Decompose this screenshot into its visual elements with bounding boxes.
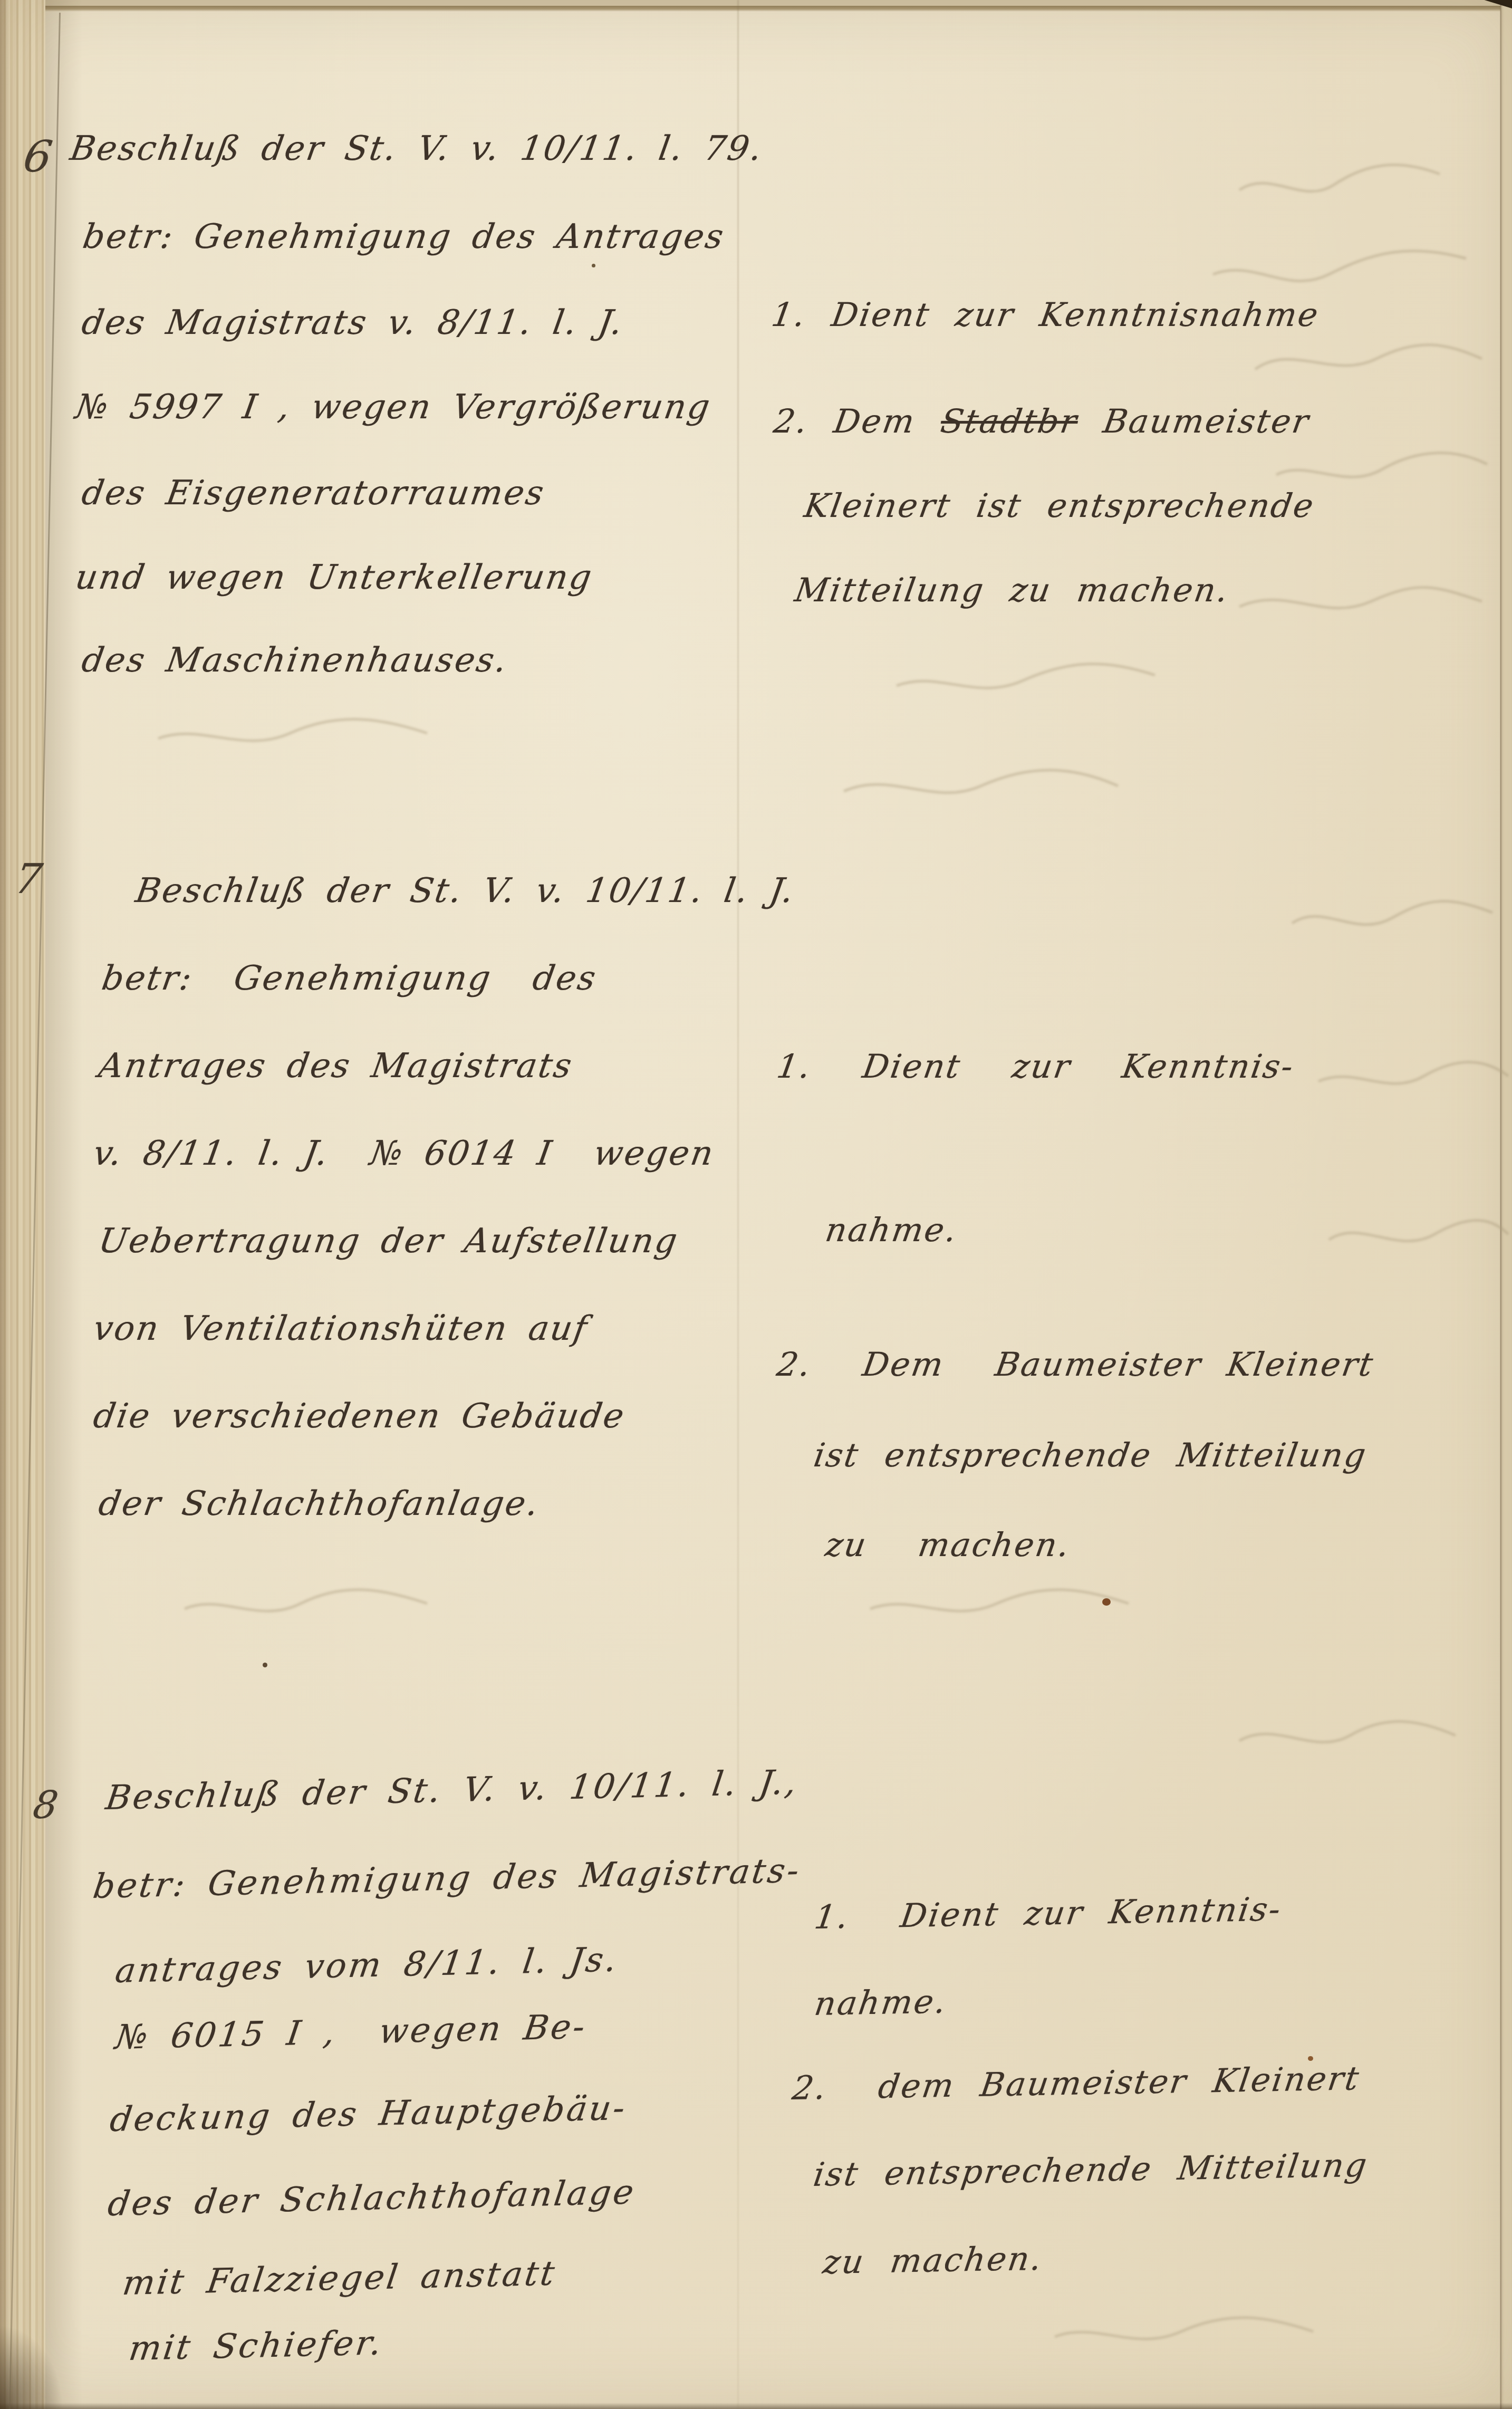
bottom-edge-shadow: [0, 2403, 1512, 2409]
subject-line: von Ventilationshüten auf: [91, 1309, 591, 1348]
subject-line: betr: Genehmigung des: [99, 959, 600, 998]
subject-line: betr: Genehmigung des Antrages: [80, 217, 728, 256]
resolution-line: Kleinert ist entsprechende: [802, 486, 1317, 525]
right-edge-line: [1500, 0, 1501, 2409]
resolution-line: 2. Dem Stadtbr Baumeister: [771, 402, 1313, 440]
subject-line: Beschluß der St. V. v. 10/11. l. J.,: [103, 1763, 801, 1818]
resolution-line: 1. Dient zur Kenntnis-: [774, 1047, 1297, 1086]
subject-line: Antrages des Magistrats: [96, 1047, 576, 1086]
subject-line: v. 8/11. l. J. № 6014 I wegen: [91, 1134, 717, 1173]
subject-line: betr: Genehmigung des Magistrats-: [91, 1851, 803, 1906]
rust-spot: [1102, 1598, 1111, 1606]
subject-line: des der Schlachthofanlage: [105, 2173, 638, 2224]
resolution-text: Baumeister: [1075, 402, 1313, 440]
center-fold-line: [737, 0, 739, 2409]
resolution-text: 2. Dem: [771, 402, 944, 440]
right-page-edge: [1500, 0, 1512, 2409]
resolution-line: nahme.: [812, 1982, 950, 2023]
subject-line: № 6015 I , wegen Be-: [113, 2008, 589, 2057]
subject-line: der Schlachthofanlage.: [96, 1484, 542, 1523]
scanned-manuscript-page: 6 Beschluß der St. V. v. 10/11. l. 79. b…: [0, 0, 1512, 2409]
resolution-line: 2. Dem Baumeister Kleinert: [774, 1345, 1377, 1384]
subject-line: deckung des Hauptgebäu-: [108, 2089, 629, 2139]
resolution-line: 1. Dient zur Kenntnisnahme: [769, 295, 1322, 334]
subject-line: des Magistrats v. 8/11. l. J.: [79, 303, 627, 342]
resolution-line: 1. Dient zur Kenntnis-: [812, 1890, 1285, 1936]
binding-shadow: [45, 0, 82, 2409]
resolution-line: Mitteilung zu machen.: [792, 571, 1232, 609]
resolution-line: zu machen.: [823, 1525, 1073, 1564]
ink-speck: [592, 264, 595, 267]
struck-out-word: Stadtbr: [938, 402, 1081, 440]
top-edge-shadow-line: [0, 6, 1512, 12]
subject-line: Uebertragung der Aufstellung: [96, 1222, 681, 1261]
book-binding-edge: [0, 0, 45, 2409]
subject-line: und wegen Unterkellerung: [73, 558, 595, 597]
subject-line: № 5997 I , wegen Vergrößerung: [73, 388, 714, 427]
resolution-line: nahme.: [823, 1211, 961, 1249]
subject-line: Beschluß der St. V. v. 10/11. l. 79.: [68, 129, 766, 168]
subject-line: antrages vom 8/11. l. Js.: [113, 1940, 621, 1991]
subject-line: mit Falzziegel anstatt: [120, 2254, 559, 2303]
subject-line: die verschiedenen Gebäude: [91, 1397, 628, 1436]
resolution-line: ist entsprechende Mitteilung: [811, 2146, 1371, 2194]
subject-line: mit Schiefer.: [127, 2324, 386, 2368]
ink-speck: [263, 1663, 267, 1667]
subject-line: des Maschinenhauses.: [79, 641, 511, 680]
resolution-line: ist entsprechende Mitteilung: [811, 1436, 1370, 1474]
resolution-line: 2. dem Baumeister Kleinert: [790, 2059, 1363, 2107]
subject-line: Beschluß der St. V. v. 10/11. l. J.: [133, 871, 798, 910]
subject-line: des Eisgeneratorraumes: [79, 474, 548, 513]
resolution-line: zu machen.: [821, 2239, 1045, 2281]
